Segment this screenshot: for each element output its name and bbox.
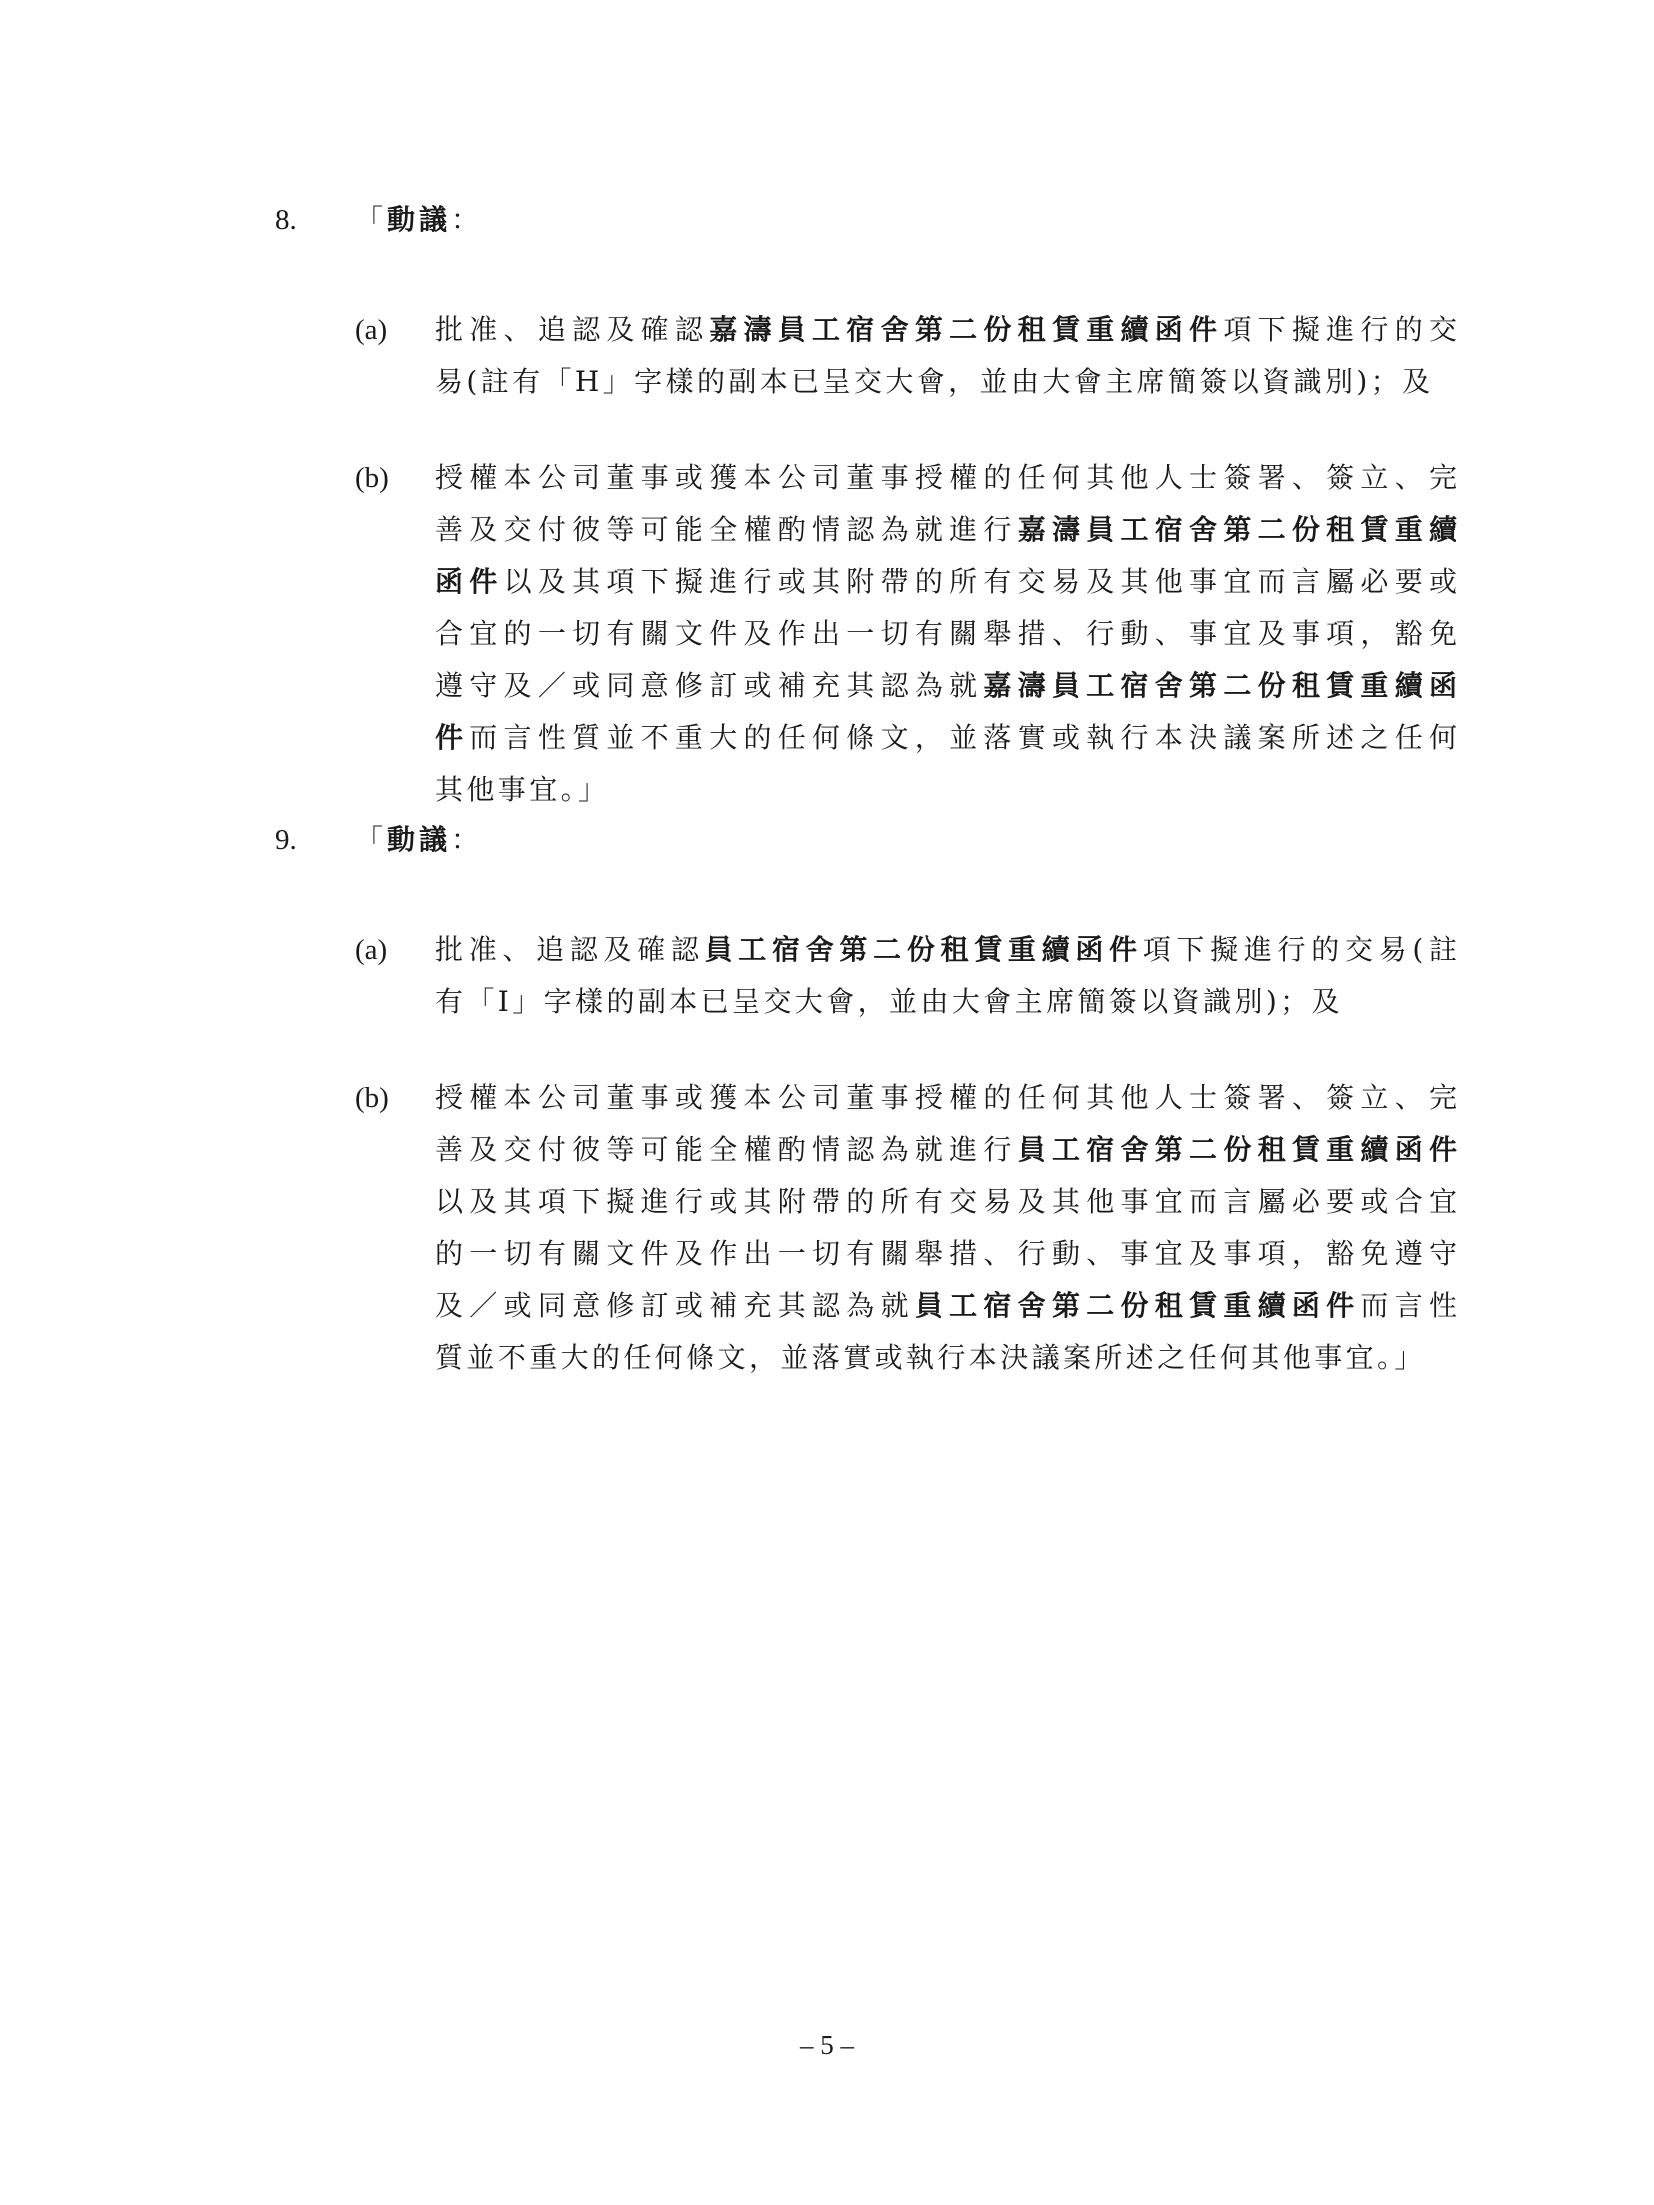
text-line: 批准、追認及確認嘉濤員工宿舍第二份租賃重續函件項下擬進行的交 [435,304,1457,356]
text-segment: 善及交付彼等可能全權酌情認為就進行 [435,1133,1018,1166]
text-line: 質並不重大的任何條文，並落實或執行本決議案所述之任何其他事宜。」 [435,1332,1457,1384]
text-line: 授權本公司董事或獲本公司董事授權的任何其他人士簽署、簽立、完 [435,452,1457,504]
text-line: 善及交付彼等可能全權酌情認為就進行嘉濤員工宿舍第二份租賃重續 [435,504,1457,556]
text-line: 以及其項下擬進行或其附帶的所有交易及其他事宜而言屬必要或合宜 [435,1176,1457,1228]
text-segment: 批准、追認及確認 [435,933,705,966]
text-line: 易(註有「H」字樣的副本已呈交大會，並由大會主席簡簽以資識別)；及 [435,356,1457,408]
clause-body: 授權本公司董事或獲本公司董事授權的任何其他人士簽署、簽立、完善及交付彼等可能全權… [435,452,1460,816]
defined-term: 員工宿舍第二份租賃重續函件 [1018,1133,1457,1166]
text-segment: 遵守及／或同意修訂或補充其認為就 [435,669,983,702]
resolution-heading: 8. 「動議： [0,194,1654,246]
text-segment: 的一切有關文件及作出一切有關舉措、行動、事宜及事項，豁免遵守 [435,1237,1457,1270]
text-segment: 而言性質並不重大的任何條文，並落實或執行本決議案所述之任何 [469,721,1457,754]
open-quote: 「 [355,823,387,856]
text-line: 及／或同意修訂或補充其認為就員工宿舍第二份租賃重續函件而言性 [435,1280,1457,1332]
text-segment: 善及交付彼等可能全權酌情認為就進行 [435,513,1018,546]
defined-term: 嘉濤員工宿舍第二份租賃重續函 [983,669,1457,702]
defined-term: 員工宿舍第二份租賃重續函件 [915,1289,1361,1322]
page-number: – 5 – [0,2027,1654,2063]
resolution-number: 9. [275,814,297,866]
clause-body: 批准、追認及確認員工宿舍第二份租賃重續函件項下擬進行的交易(註有「I」字樣的副本… [435,924,1460,1028]
text-segment: 批准、追認及確認 [435,313,709,346]
text-line: 函件以及其項下擬進行或其附帶的所有交易及其他事宜而言屬必要或 [435,556,1457,608]
text-segment: 以及其項下擬進行或其附帶的所有交易及其他事宜而言屬必要或 [504,565,1457,598]
text-line: 件而言性質並不重大的任何條文，並落實或執行本決議案所述之任何 [435,712,1457,764]
clause-body: 授權本公司董事或獲本公司董事授權的任何其他人士簽署、簽立、完善及交付彼等可能全權… [435,1072,1460,1384]
text-segment: 項下擬進行的交易(註 [1143,933,1457,966]
text-segment: 易(註有「H」字樣的副本已呈交大會，並由大會主席簡簽以資識別)；及 [435,365,1433,398]
text-segment: 有「I」字樣的副本已呈交大會，並由大會主席簡簽以資識別)；及 [435,985,1343,1018]
resolution-title-text: 動議 [387,823,451,856]
text-segment: 授權本公司董事或獲本公司董事授權的任何其他人士簽署、簽立、完 [435,461,1457,494]
defined-term: 嘉濤員工宿舍第二份租賃重續 [1018,513,1457,546]
title-colon: ： [451,203,483,236]
text-segment: 質並不重大的任何條文，並落實或執行本決議案所述之任何其他事宜。」 [435,1341,1426,1374]
open-quote: 「 [355,203,387,236]
text-segment: 授權本公司董事或獲本公司董事授權的任何其他人士簽署、簽立、完 [435,1081,1457,1114]
text-segment: 其他事宜。」 [435,773,609,806]
text-line: 合宜的一切有關文件及作出一切有關舉措、行動、事宜及事項，豁免 [435,608,1457,660]
clause-label: (b) [355,452,389,504]
text-line: 善及交付彼等可能全權酌情認為就進行員工宿舍第二份租賃重續函件 [435,1124,1457,1176]
clause-label: (b) [355,1072,389,1124]
text-line: 其他事宜。」 [435,764,1457,816]
text-segment: 項下擬進行的交 [1223,313,1457,346]
text-segment: 而言性 [1360,1289,1457,1322]
defined-term: 件 [435,721,469,754]
resolution-number: 8. [275,194,297,246]
text-segment: 及／或同意修訂或補充其認為就 [435,1289,915,1322]
clause-label: (a) [355,924,387,976]
resolution-title-text: 動議 [387,203,451,236]
text-line: 批准、追認及確認員工宿舍第二份租賃重續函件項下擬進行的交易(註 [435,924,1457,976]
resolution-title: 「動議： [355,814,483,866]
text-line: 的一切有關文件及作出一切有關舉措、行動、事宜及事項，豁免遵守 [435,1228,1457,1280]
resolution-heading: 9. 「動議： [0,814,1654,866]
text-line: 遵守及／或同意修訂或補充其認為就嘉濤員工宿舍第二份租賃重續函 [435,660,1457,712]
resolution-title: 「動議： [355,194,483,246]
text-segment: 合宜的一切有關文件及作出一切有關舉措、行動、事宜及事項，豁免 [435,617,1457,650]
defined-term: 嘉濤員工宿舍第二份租賃重續函件 [709,313,1223,346]
clause-label: (a) [355,304,387,356]
text-line: 授權本公司董事或獲本公司董事授權的任何其他人士簽署、簽立、完 [435,1072,1457,1124]
text-line: 有「I」字樣的副本已呈交大會，並由大會主席簡簽以資識別)；及 [435,976,1457,1028]
document-page: 8. 「動議： (a) 批准、追認及確認嘉濤員工宿舍第二份租賃重續函件項下擬進行… [0,0,1654,2205]
clause-body: 批准、追認及確認嘉濤員工宿舍第二份租賃重續函件項下擬進行的交易(註有「H」字樣的… [435,304,1460,408]
title-colon: ： [451,823,483,856]
text-segment: 以及其項下擬進行或其附帶的所有交易及其他事宜而言屬必要或合宜 [435,1185,1457,1218]
defined-term: 函件 [435,565,504,598]
defined-term: 員工宿舍第二份租賃重續函件 [705,933,1143,966]
